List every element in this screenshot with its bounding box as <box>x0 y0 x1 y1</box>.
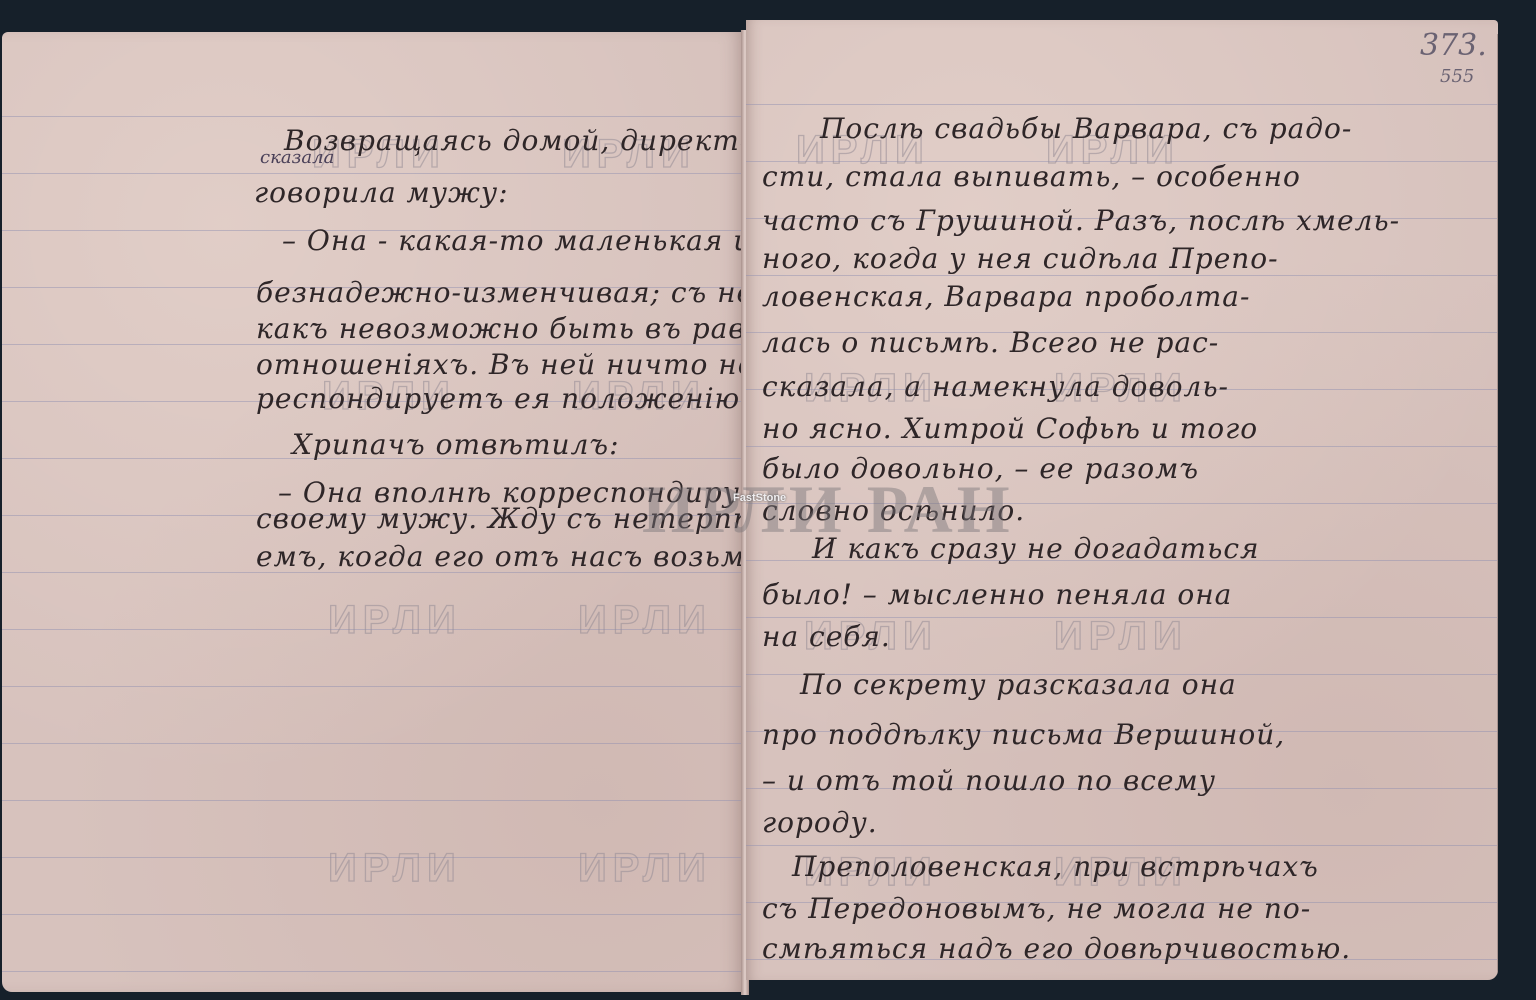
manuscript-line: Послѣ свадьбы Варвара, съ радо- <box>820 112 1352 145</box>
manuscript-line: Хрипачъ отвѣтилъ: <box>292 428 620 461</box>
folio-number: 373. <box>1420 28 1487 63</box>
manuscript-line: – и отъ той пошло по всему <box>762 764 1216 797</box>
manuscript-line: ного, когда у нея сидѣла Препо- <box>762 242 1279 275</box>
left-page: ИРЛИ ИРЛИ ИРЛИ ИРЛИ ИРЛИ ИРЛИ ИРЛИ ИРЛИ … <box>2 32 744 992</box>
page-edge <box>1497 34 1498 980</box>
manuscript-line: ловенская, Варвара проболта- <box>762 280 1250 313</box>
manuscript-line: своему мужу. Жду съ нетерпѣні- <box>256 502 744 535</box>
manuscript-line: про поддѣлку письма Вершиной, <box>762 718 1285 751</box>
manuscript-line: часто съ Грушиной. Разъ, послѣ хмель- <box>762 204 1400 237</box>
manuscript-line: емъ, когда его отъ насъ возьмутъ. <box>256 540 744 573</box>
manuscript-line: говорила мужу: <box>254 176 509 209</box>
manuscript-line: лась о письмѣ. Всего не рас- <box>762 326 1219 359</box>
manuscript-line: на себя. <box>762 620 891 653</box>
right-page: 373. 555 ИРЛИ ИРЛИ ИРЛИ ИРЛИ ИРЛИ ИРЛИ И… <box>746 20 1498 980</box>
secondary-number: 555 <box>1440 66 1474 87</box>
manuscript-line: отношеніяхъ. Въ ней ничто не кор- <box>256 348 744 381</box>
manuscript-line: респондируетъ ея положенію. <box>256 382 744 415</box>
manuscript-line: городу. <box>762 806 878 839</box>
manuscript-line: было довольно, – ее разомъ <box>762 452 1199 485</box>
manuscript-line: По секрету разсказала она <box>800 668 1237 701</box>
manuscript-line: съ Передоновымъ, не могла не по- <box>762 892 1311 925</box>
manuscript-line: смѣяться надъ его довѣрчивостью. <box>762 932 1351 965</box>
manuscript-line: И какъ сразу не догадаться <box>812 532 1260 565</box>
manuscript-line: было! – мысленно пеняла она <box>762 578 1232 611</box>
manuscript-line: но ясно. Хитрой Софьѣ и того <box>762 412 1258 445</box>
manuscript-line: Преполовенская, при встрѣчахъ <box>792 850 1319 883</box>
scanner-tag: FastStone <box>733 492 786 504</box>
manuscript-line: сти, стала выпивать, – особенно <box>762 160 1301 193</box>
manuscript-line: какъ невозможно быть въ равныхъ <box>256 312 744 345</box>
manuscript-line: Возвращаясь домой, директорша <box>284 124 744 157</box>
manuscript-line: сказала, а намекнула доволь- <box>762 370 1229 403</box>
manuscript-line: – Она - какая-то маленькая и <box>282 224 744 257</box>
manuscript-line: словно осѣнило. <box>762 494 1025 527</box>
manuscript-line: безнадежно-изменчивая; съ нею ни- <box>256 276 744 309</box>
